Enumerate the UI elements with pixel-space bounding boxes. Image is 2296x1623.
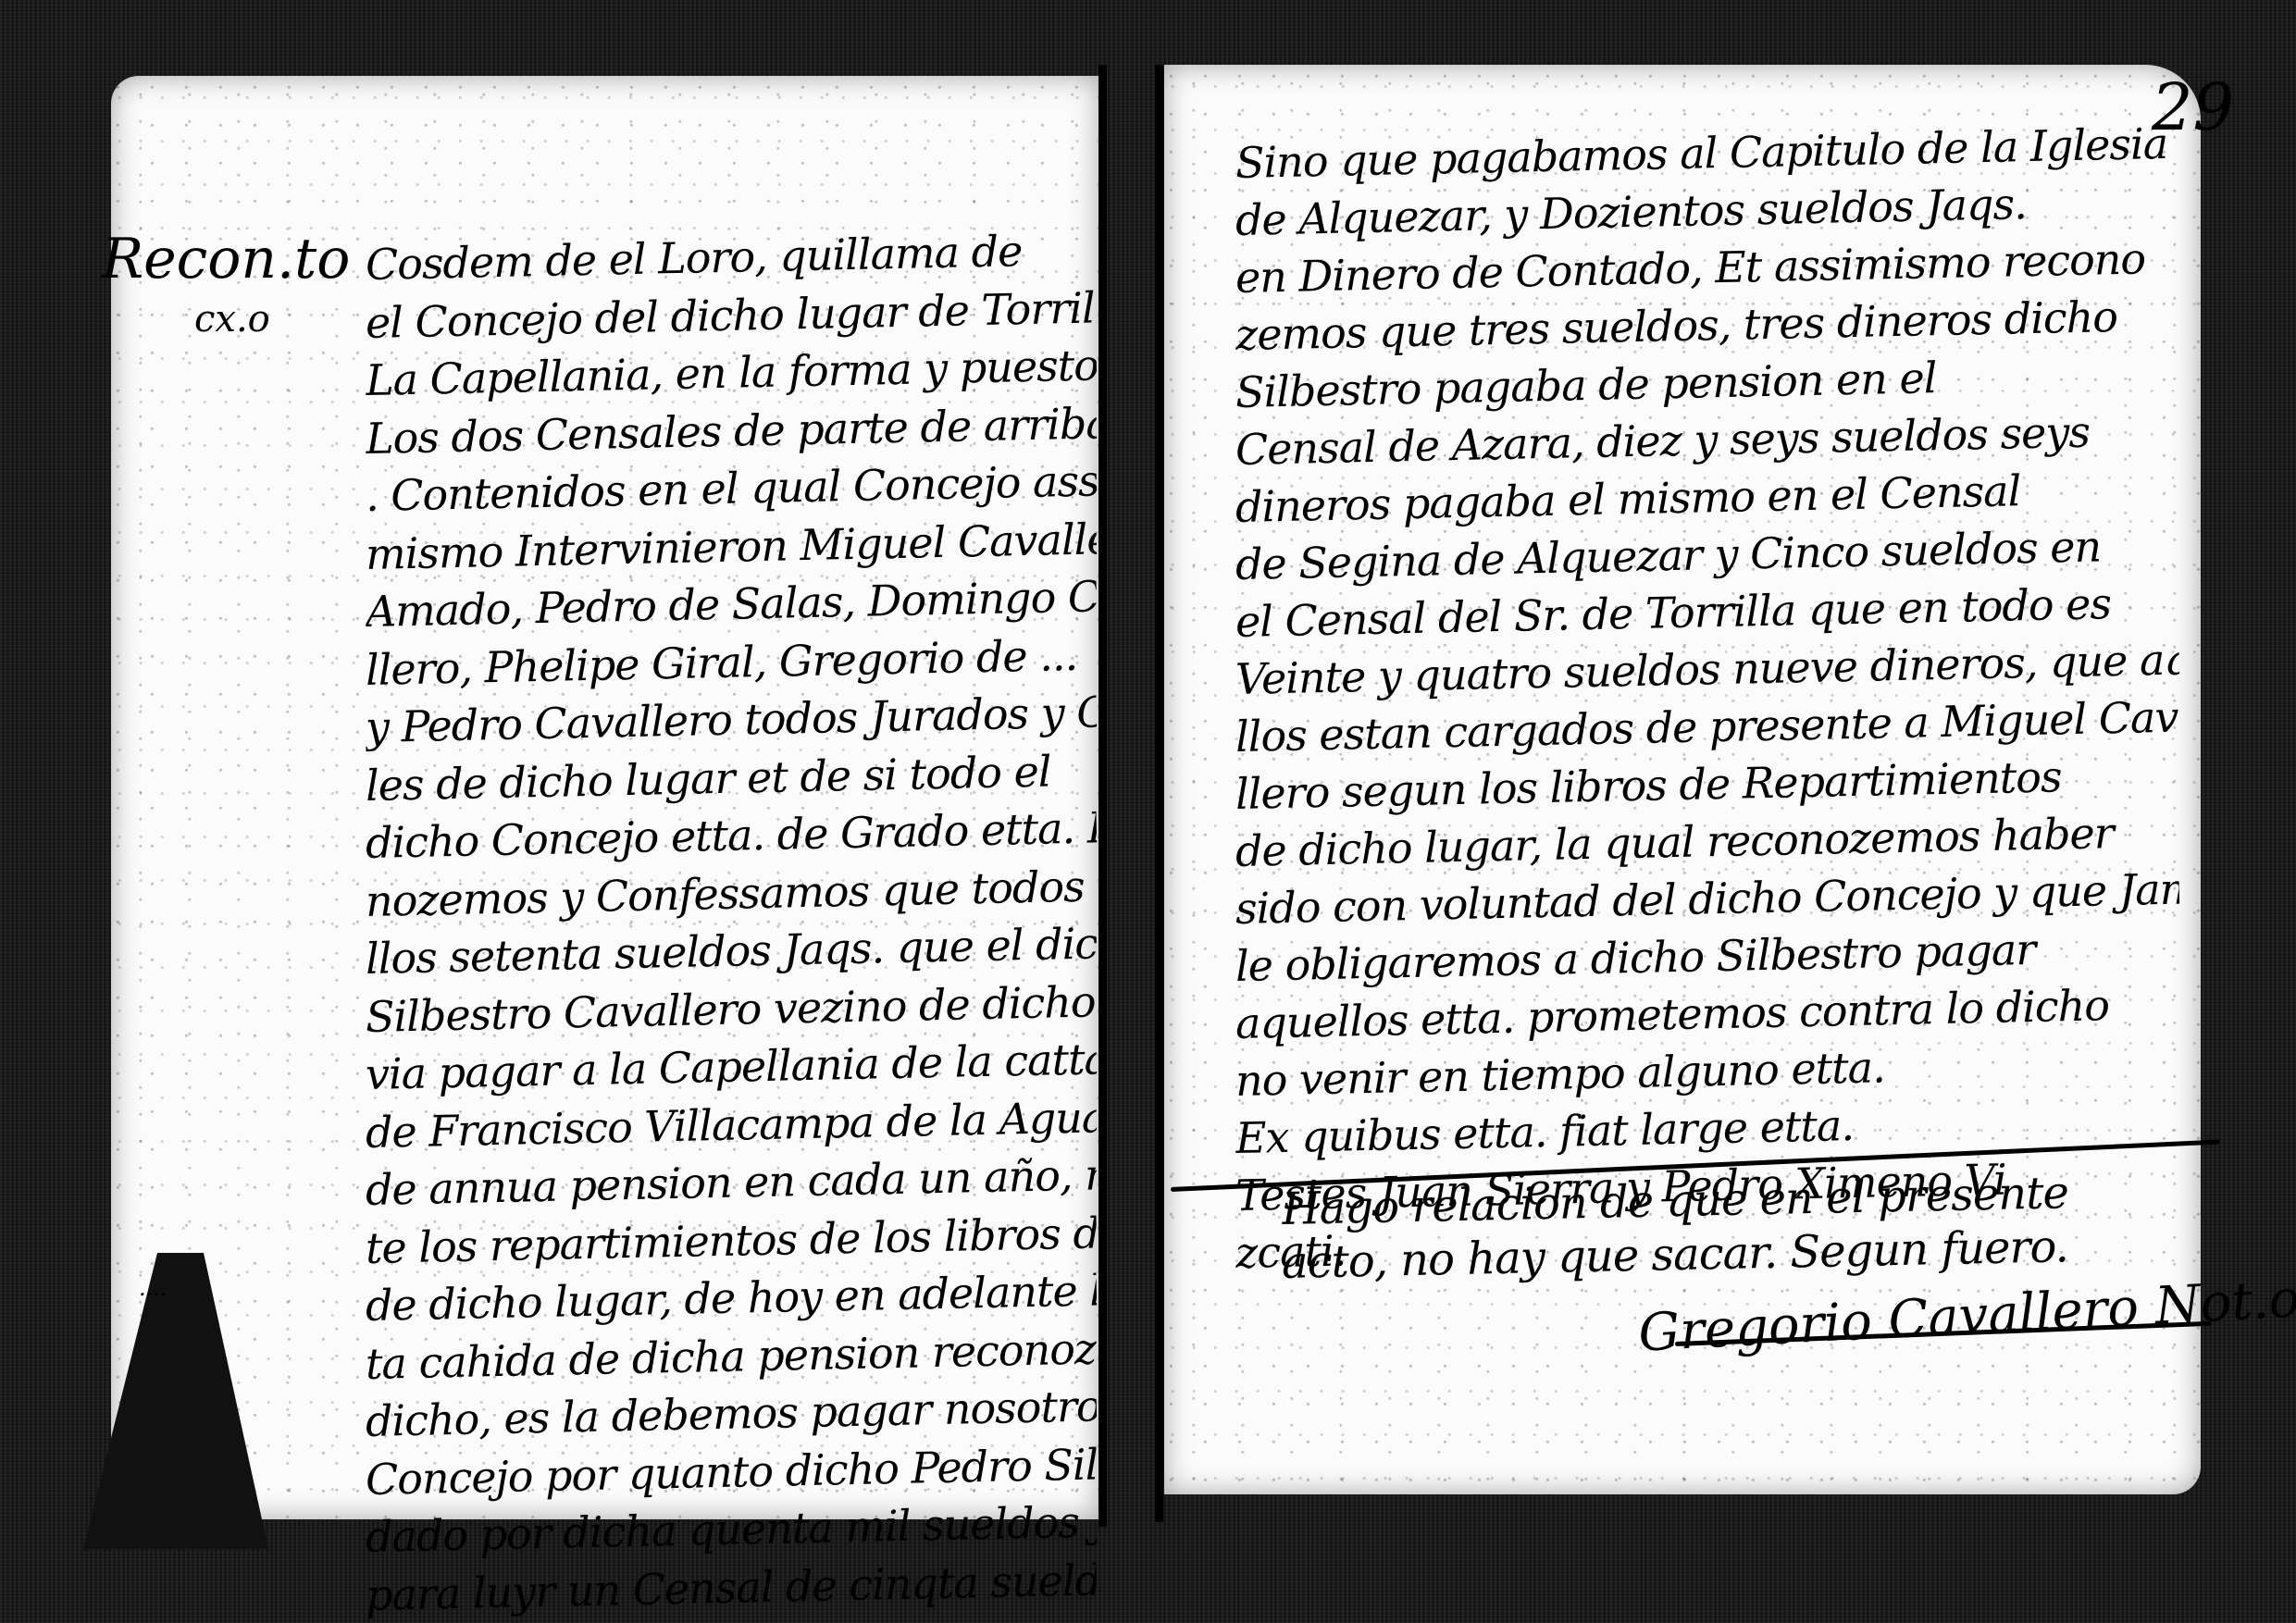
margin-note-fee: cx.o — [194, 301, 270, 338]
gutter-line-right — [1155, 65, 1163, 1522]
gutter-line-left — [1098, 65, 1107, 1527]
margin-note-mark: .... — [139, 1277, 168, 1299]
right-page-text: Sino que pagabamos al Capitulo de la Igl… — [1235, 134, 2179, 1282]
margin-note-recognition: Recon.to — [102, 231, 350, 287]
left-page-text: Cosdem de el Loro, quillama de el Concej… — [366, 236, 1097, 1623]
closing-note: Hago relacion de que en el presente acto… — [1282, 1183, 2207, 1290]
